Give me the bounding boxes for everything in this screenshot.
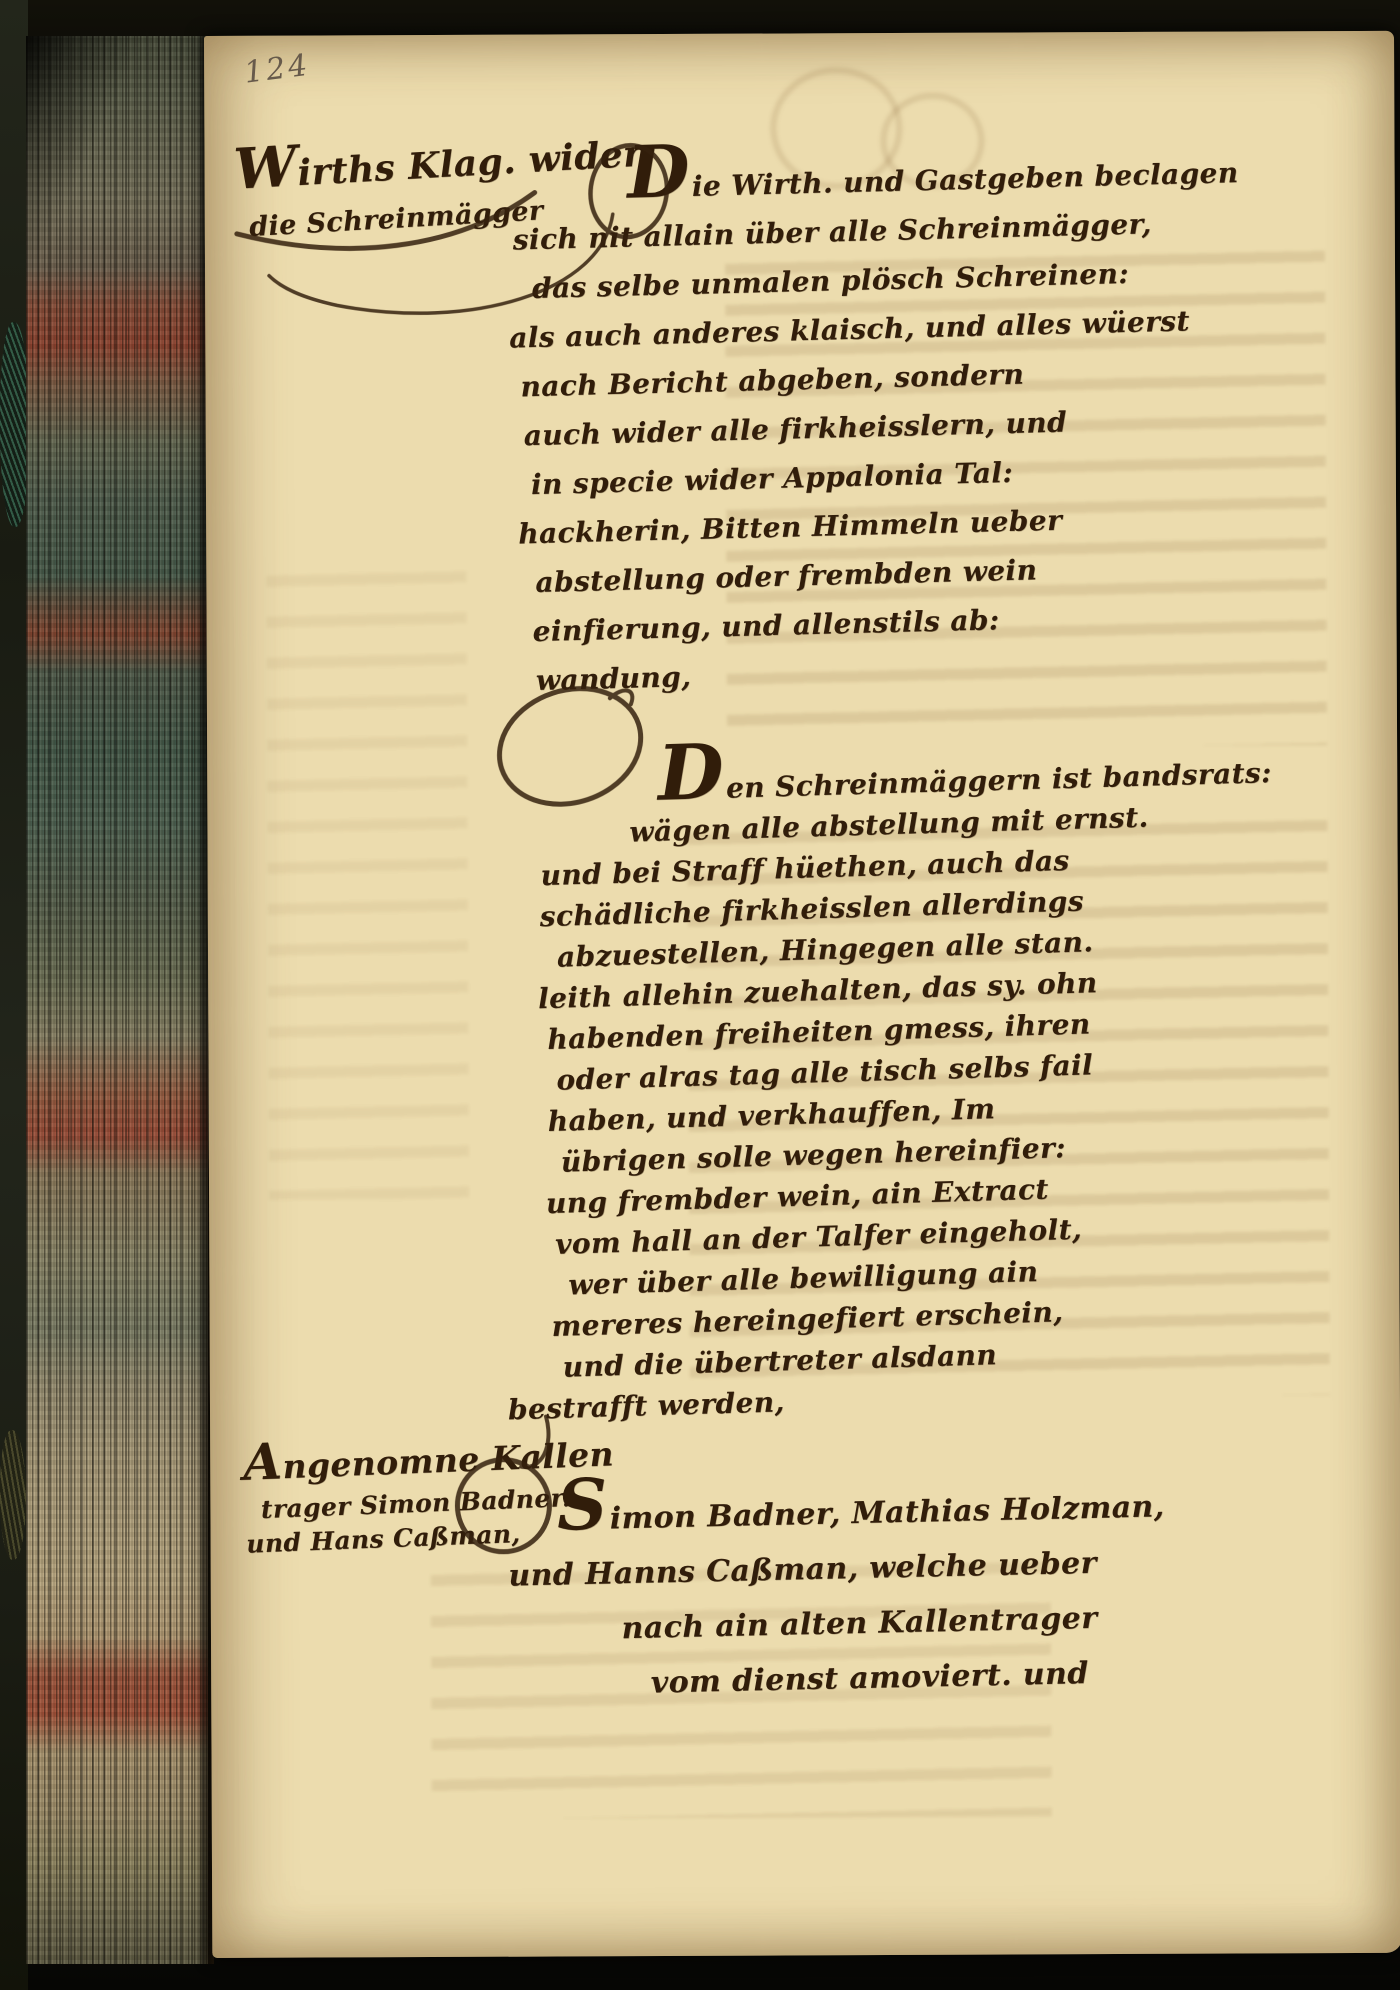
manuscript-scan: 124 Wirths Klag. wider die Schreinmägger… [0,0,1400,1990]
paragraph-council-resolution: Den Schreinmäggern ist bandsrats: wägen … [523,735,1290,1429]
manuscript-page: 124 Wirths Klag. wider die Schreinmägger… [204,31,1400,1958]
book-spine [0,0,28,1990]
ink-bleed-through [266,559,469,1200]
paragraph-kallentrager-appointment: Simon Badner, Mathias Holzman, und Hanns… [506,1464,1168,1713]
manuscript-line: vom dienst amoviert. und [650,1644,1169,1710]
book-fore-edge [26,36,208,1964]
manuscript-line: Simon Badner, Mathias Holzman, [556,1464,1165,1547]
binding-threads [0,1430,26,1560]
paragraph-wirth-complaint: Die Wirth. und Gastgeben beclagen sich n… [505,132,1252,705]
folio-number: 124 [242,48,312,91]
